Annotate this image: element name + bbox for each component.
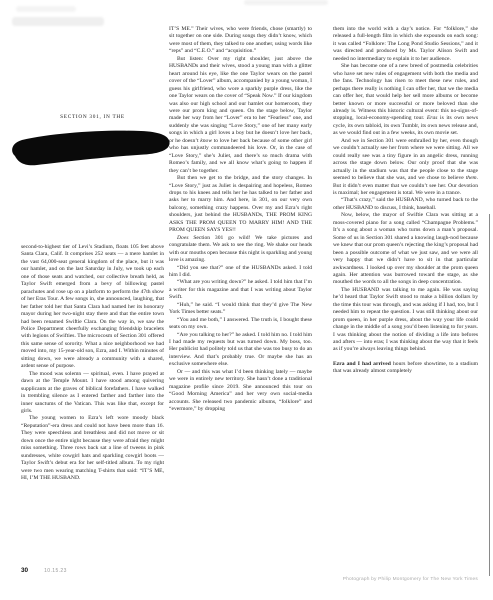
article-column-middle: IT’S ME.” Their wives, who were friends,… — [169, 26, 312, 567]
print-through-smudge — [16, 6, 76, 12]
adjacent-page-edge-line — [489, 214, 490, 576]
paragraph: “Are you talking to her?” he asked. I to… — [169, 332, 312, 369]
print-through-smudge — [244, 0, 328, 5]
photo-credit: Photograph by Philip Montgomery for The … — [343, 577, 478, 582]
article-column-right: them into the world with a day’s notice.… — [333, 26, 478, 567]
page-number: 30 — [21, 567, 28, 574]
paragraph: them into the world with a day’s notice.… — [333, 26, 478, 63]
paragraph: “Huh,” he said. “I would think that they… — [169, 302, 312, 317]
paragraph: “That’s crazy,” said the HUSBAND, who tu… — [333, 197, 478, 212]
magazine-page: SECTION 301, IN THE second-to-highest ti… — [0, 0, 493, 600]
paragraph: Ezra and I had arrived hours before show… — [333, 361, 478, 376]
issue-date: 10.15.23 — [44, 568, 67, 574]
paragraph: “You and me both,” I answered. The truth… — [169, 317, 312, 332]
paragraph: But then we get to the bridge, and the s… — [169, 175, 312, 235]
article-column-left: second-to-highest tier of Levi’s Stadium… — [21, 244, 164, 566]
section-kicker-label: SECTION 301, IN THE — [21, 114, 164, 120]
paragraph: The mood was solemn — spiritual, even. I… — [21, 371, 164, 416]
redaction-marker-stroke — [5, 125, 175, 173]
paragraph: And we in Section 301 were enthralled by… — [333, 138, 478, 198]
paragraph: “What are you writing down?” he asked. I… — [169, 279, 312, 301]
paragraph: The HUSBAND was talking to me again. He … — [333, 287, 478, 354]
paragraph: IT’S ME.” Their wives, who were friends,… — [169, 26, 312, 56]
paragraph: “Did you see that?” one of the HUSBANDs … — [169, 265, 312, 280]
print-through-smudge — [12, 17, 104, 26]
paragraph: Or — and this was what I’d been thinking… — [169, 369, 312, 414]
paragraph: second-to-highest tier of Levi’s Stadium… — [21, 244, 164, 371]
paragraph: The young women to Ezra’s left wore mood… — [21, 415, 164, 482]
paragraph: But listen: Over my right shoulder, just… — [169, 56, 312, 175]
paragraph: Now, below, the mayor of Swiftie Clara w… — [333, 212, 478, 287]
paragraph: Does Section 301 go wild! We take pictur… — [169, 235, 312, 265]
page-footer: 30 10.15.23 — [21, 567, 67, 574]
paragraph: She has become one of a new breed of pos… — [333, 63, 478, 138]
